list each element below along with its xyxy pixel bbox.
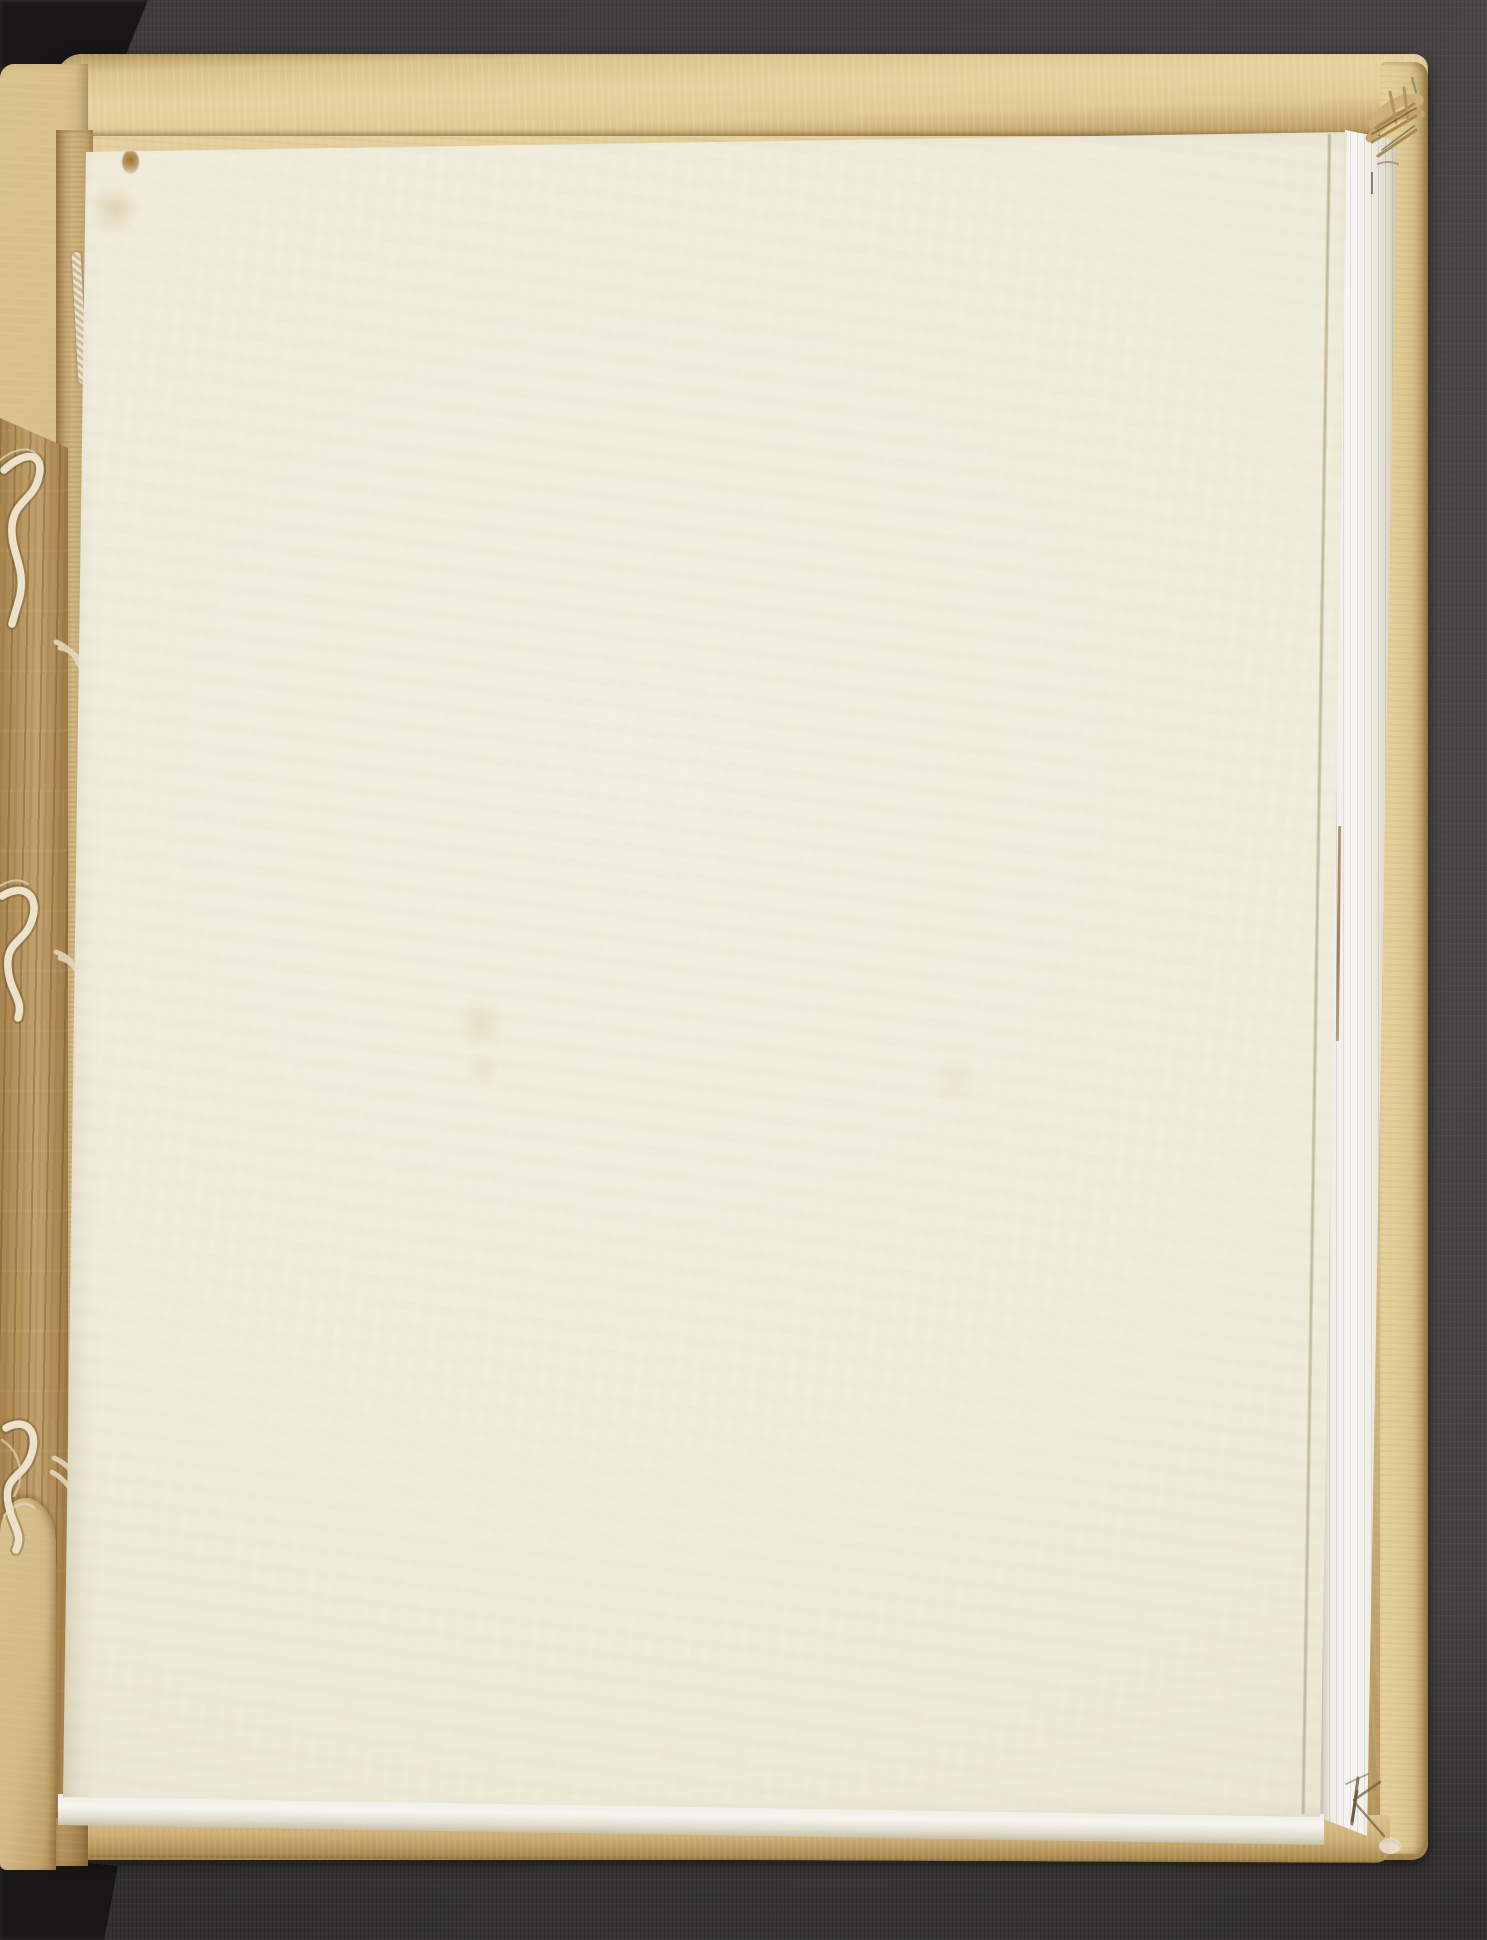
cover-top-edge-roll [56, 54, 1428, 136]
ink-stain-top-left [122, 150, 139, 174]
archival-book-scan [0, 0, 1487, 1940]
faint-stain-center [458, 996, 504, 1052]
blank-page [60, 124, 1352, 1824]
faint-stain-top-left [92, 180, 136, 238]
corner-stitching-bottom-right [1322, 1758, 1410, 1862]
faint-stain-right [928, 1060, 982, 1100]
fore-edge-brown-streak [1336, 826, 1341, 1041]
corner-stitching-top-right [1358, 76, 1434, 208]
faint-stain-center [468, 1052, 498, 1086]
